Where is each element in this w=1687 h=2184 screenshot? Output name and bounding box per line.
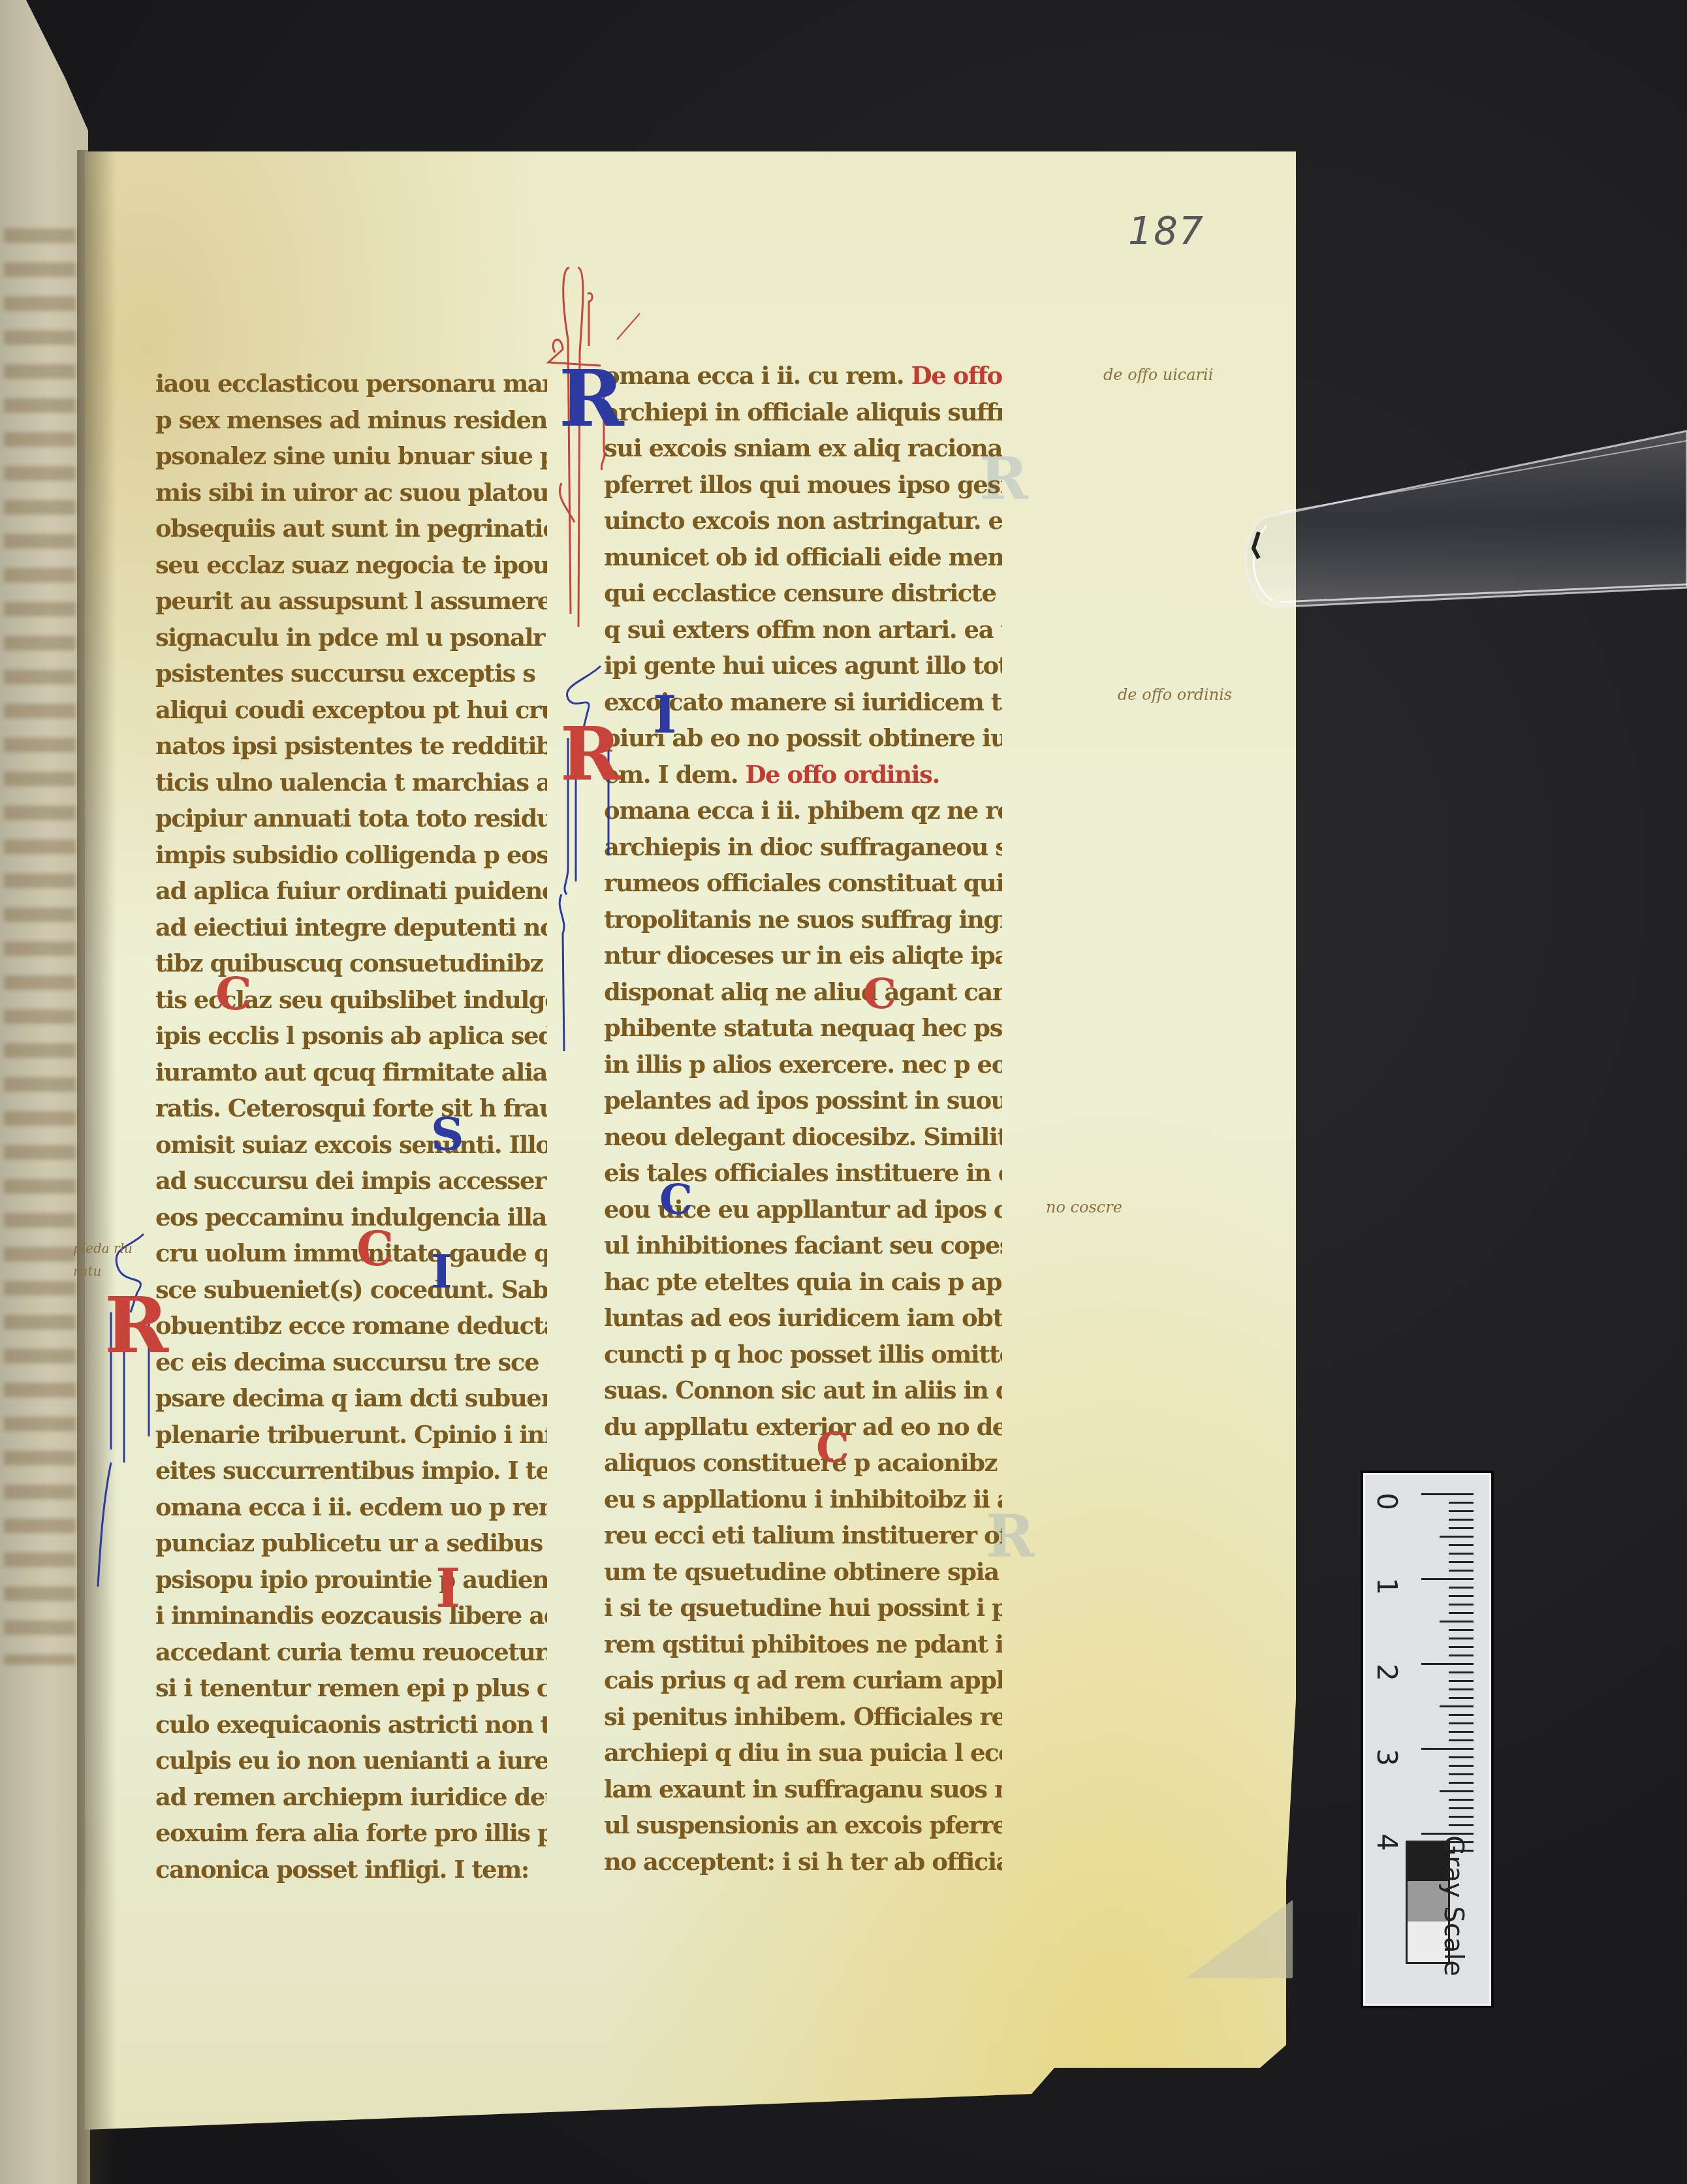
text-line: psistentes succursu exceptis s (155, 656, 547, 692)
text-column-left: iaou ecclasticou personaru mari q ipisp … (155, 366, 547, 1888)
text-line: archiepis in dioc suffraganeou suou so (604, 829, 1002, 866)
ruler-tick (1421, 1833, 1474, 1835)
text-line: canonica posset infligi. I tem: (155, 1852, 547, 1888)
initial-R-blue: R (559, 353, 624, 445)
text-line: signaculu in pdce ml u psonalr l ecce (155, 620, 547, 656)
text-line: culpis eu io non uenianti a iure scelbi (155, 1743, 547, 1779)
text-line: phibente statuta nequaq hec pstitit (604, 1010, 1002, 1047)
ruler-tick (1449, 1799, 1474, 1801)
text-line: hac pte eteltes quia in cais p ap d uo (604, 1264, 1002, 1301)
text-line: tis ecclaz seu quibslibet indulgencis (155, 982, 547, 1019)
initial-C-red-right: C (863, 970, 896, 1019)
text-line: archiepi in officiale aliquis suffragane… (604, 394, 1002, 431)
page-weight (1227, 418, 1687, 614)
text-line: ad remen archiepm iuridice deuoluerur (155, 1779, 547, 1816)
ruler-tick (1440, 1621, 1474, 1622)
text-line: uincto excois non astringatur. eu non co (604, 503, 1002, 539)
scale-ruler: 0 1 2 3 4 Gray Scale (1363, 1473, 1491, 2006)
ruler-tick (1449, 1680, 1474, 1682)
text-line: eoxuim fera alia forte pro illis pena ip… (155, 1815, 547, 1852)
text-line: eu s appllationu i inhibitoibz ii aliud (604, 1481, 1002, 1518)
text-line: iaou ecclasticou personaru mari q ipis (155, 366, 547, 402)
ruler-tick (1449, 1714, 1474, 1716)
initial-C-red-2: C (215, 966, 252, 1021)
text-line: luntas ad eos iuridicem iam obtinere nos (604, 1300, 1002, 1337)
text-line: archiepi q diu in sua puicia l eccia il (604, 1735, 1002, 1771)
text-line: reu ecci eti talium instituerer official… (604, 1517, 1002, 1554)
ruler-tick-label: 2 (1371, 1664, 1403, 1681)
margin-note: rutu (73, 1263, 101, 1279)
text-line: punciaz publicetu ur a sedibus eligea (155, 1525, 547, 1562)
text-line: um te qsuetudine obtinere spia a qb (604, 1554, 1002, 1591)
facing-page-text (4, 229, 76, 1665)
text-line: rumeos officiales constituat quia cu me (604, 865, 1002, 902)
text-line: lam exaunt in suffraganu suos medi (604, 1771, 1002, 1808)
gray-scale-label: Gray Scale (1438, 1835, 1468, 1976)
text-line: ad succursu dei impis accesserunt illa s… (155, 1163, 547, 1199)
text-line: disponat aliq ne aliud agant canonica (604, 974, 1002, 1011)
text-line: q sui exters offm non artari. ea ti que (604, 612, 1002, 648)
text-line: natos ipsi psistentes te redditibz eccla… (155, 728, 547, 765)
text-line: ad aplica fuiur ordinati puidencia usq (155, 873, 547, 910)
text-line: peurit au assupsunt l assumeret cruciis (155, 583, 547, 620)
text-line: psonalez sine uniu bnuar siue pla eis qu… (155, 438, 547, 475)
ruler-tick (1449, 1638, 1474, 1639)
ruler-tick (1449, 1561, 1474, 1563)
ruler-tick (1449, 1807, 1474, 1809)
text-line: cru uolum immunitate gaude q tet (155, 1235, 547, 1272)
text-line: omisit suiaz excois senunti. Illos no q (155, 1127, 547, 1163)
ruler-tick (1421, 1578, 1474, 1580)
margin-note: de offo ordinis (1118, 686, 1232, 704)
ruler-tick (1449, 1544, 1474, 1546)
text-line: suas. Connon sic aut in aliis in quibz n… (604, 1372, 1002, 1409)
initial-R-red: R (560, 712, 621, 797)
text-line: em. I dem. De offo ordinis. (604, 757, 1002, 793)
text-line: cais prius q ad rem curiam appllet (604, 1662, 1002, 1699)
text-line: si i tenentur remen epi p plus culpsiq u… (155, 1670, 547, 1707)
text-line: pcipiur annuati tota toto residui ipso (155, 800, 547, 837)
margin-note: pleda rlu (73, 1241, 133, 1256)
initial-S-blue: S (431, 1107, 464, 1161)
ruler-tick (1449, 1824, 1474, 1826)
ruler-tick (1449, 1553, 1474, 1555)
initial-R-red-left: R (104, 1280, 168, 1370)
ruler-tick (1449, 1595, 1474, 1597)
text-line: obsequiis aut sunt in pegrinatie l scoli… (155, 511, 547, 547)
text-line: ntur dioceses ur in eis aliqte ipa iudic… (604, 938, 1002, 974)
ruler-tick (1449, 1697, 1474, 1699)
ruler-tick (1421, 1748, 1474, 1750)
text-line: tibz quibuscuq consuetudinibz l statu (155, 945, 547, 982)
text-line: pelantes ad ipos possint in suou suffrag… (604, 1083, 1002, 1119)
ruler-tick (1449, 1629, 1474, 1631)
text-line: psisopu ipio prouintie p audiendis plac (155, 1562, 547, 1598)
ruler-tick (1449, 1519, 1474, 1521)
initial-I-red: I (435, 1557, 460, 1620)
folio-number: 187 (1128, 209, 1205, 253)
ruler-tick (1421, 1493, 1474, 1495)
ruler-tick (1440, 1705, 1474, 1707)
ruler-tick (1449, 1816, 1474, 1818)
text-line: sui excois sniam ex aliq racionabili cau… (604, 430, 1002, 467)
text-line: sce subueniet(s) cocedunt. Sabs no te (155, 1272, 547, 1308)
text-line: culo exequicaonis astricti non tn excipi… (155, 1707, 547, 1743)
text-line: i si te qsuetudine hui possint i puica (604, 1590, 1002, 1626)
ruler-tick (1449, 1688, 1474, 1690)
text-line: tropolitanis ne suos suffrag ingredia (604, 902, 1002, 938)
pen-flourish-blue-left (91, 1221, 170, 1600)
initial-C-blue-right: C (659, 1175, 693, 1224)
ruler-tick (1449, 1722, 1474, 1724)
text-line: ratis. Ceterosqui forte sit h fraude sac… (155, 1090, 547, 1127)
text-line: ipis ecclis l psonis ab aplica sede cess… (155, 1018, 547, 1054)
ruler-tick (1449, 1773, 1474, 1775)
ruler-tick-label: 0 (1371, 1493, 1403, 1510)
text-line: ad eiectiui integre deputenti no obstan (155, 910, 547, 946)
initial-I-blue-left: I (431, 1244, 452, 1299)
ruler-tick (1449, 1739, 1474, 1741)
ruler-tick (1449, 1841, 1474, 1843)
text-line: qui ecclastice censure districte p eo (604, 575, 1002, 612)
gutter-shadow (77, 150, 116, 2184)
text-line: ticis ulno ualencia t marchias argen (155, 765, 547, 801)
margin-note: de offo uicarii (1103, 366, 1213, 384)
text-line: no acceptent: i si h ter ab officialibus (604, 1844, 1002, 1880)
ruler-tick (1449, 1850, 1474, 1852)
text-line: municet ob id officiali eide memine (604, 539, 1002, 576)
text-line: i inminandis eozcausis libere ad remen r… (155, 1598, 547, 1634)
ruler-tick (1449, 1646, 1474, 1648)
initial-C-red-right-2: C (816, 1423, 849, 1472)
text-line: impis subsidio colligenda p eos qui ad h (155, 837, 547, 874)
rubric: De offo uicarii (911, 361, 1002, 390)
text-line: pferret illos qui moues ipso gesiu p hoc (604, 467, 1002, 503)
text-line: plenarie tribuerunt. Cpinio i infra ob (155, 1417, 547, 1453)
ruler-tick (1440, 1790, 1474, 1792)
text-line: eites succurrentibus impio. I tem. De su… (155, 1453, 547, 1489)
text-line: aliqui coudi exceptou pt hui cruce sig (155, 692, 547, 729)
text-line: in illis p alios exercere. nec p eo q ei… (604, 1047, 1002, 1083)
ruler-tick (1449, 1756, 1474, 1758)
text-line: rem qstitui phibitoes ne pdant in (604, 1626, 1002, 1663)
ruler-tick (1449, 1527, 1474, 1529)
text-column-right: omana ecca i ii. cu rem. De offo uicarii… (604, 358, 1002, 1880)
ruler-tick (1449, 1587, 1474, 1589)
text-line: neou delegant diocesibz. Similiter iuer (604, 1119, 1002, 1156)
ruler-tick (1449, 1782, 1474, 1784)
ruler-tick (1449, 1731, 1474, 1733)
text-line: omana ecca i ii. ecdem uo p remeni pledi… (155, 1489, 547, 1526)
ruler-tick-label: 1 (1371, 1577, 1403, 1595)
ruler-tick (1421, 1663, 1474, 1665)
text-line: ul inhibitiones faciant seu copescant in (604, 1227, 1002, 1264)
text-line: du appllatu exterior ad eo no detent (604, 1409, 1002, 1446)
text-line: iuramto aut qcuq firmitate alia robo (155, 1054, 547, 1091)
ruler-tick (1449, 1570, 1474, 1572)
text-line: omana ecca i ii. phibem qz ne rem. (604, 793, 1002, 829)
ruler-tick (1449, 1502, 1474, 1504)
ruler-tick-label: 4 (1371, 1833, 1403, 1851)
text-line: p sex menses ad minus residentiam no fac… (155, 402, 547, 439)
text-line: seu ecclaz suaz negocia te ipou ma data (155, 547, 547, 584)
ruler-tick-label: 3 (1371, 1749, 1403, 1766)
ruler-tick (1449, 1671, 1474, 1673)
text-line: ipi gente hui uices agunt illo totali (604, 648, 1002, 684)
text-line: ul suspensionis an excois pferre sniam (604, 1807, 1002, 1844)
ruler-tick (1449, 1612, 1474, 1614)
text-line: obuentibz ecce romane deducta pro (155, 1308, 547, 1344)
text-line: mis sibi in uiror ac suou platou i moran… (155, 475, 547, 511)
initial-C-red: C (356, 1221, 394, 1276)
ruler-tick (1449, 1604, 1474, 1606)
text-line: si penitus inhibem. Officiales remen (604, 1699, 1002, 1735)
ruler-tick (1449, 1654, 1474, 1656)
initial-I-blue: I (653, 686, 677, 745)
rubric: De offo ordinis. (745, 760, 939, 789)
ruler-tick (1449, 1765, 1474, 1767)
margin-note: no coscre (1046, 1198, 1122, 1216)
text-line: cuncti p q hoc posset illis omittere uic… (604, 1337, 1002, 1373)
text-line: psare decima q iam dcti subuenire ipsi (155, 1380, 547, 1417)
text-line: eos peccaminu indulgencia illaqz puileo (155, 1199, 547, 1236)
text-line: aliquos constituere p acaionibz seruanti… (604, 1445, 1002, 1481)
ruler-tick (1449, 1510, 1474, 1512)
text-line: omana ecca i ii. cu rem. De offo uicarii (604, 358, 1002, 394)
text-line: accedant curia temu reuocetur. quia (155, 1634, 547, 1671)
text-line: ec eis decima succursu tre sce d puidi (155, 1344, 547, 1381)
ruler-tick (1440, 1536, 1474, 1538)
